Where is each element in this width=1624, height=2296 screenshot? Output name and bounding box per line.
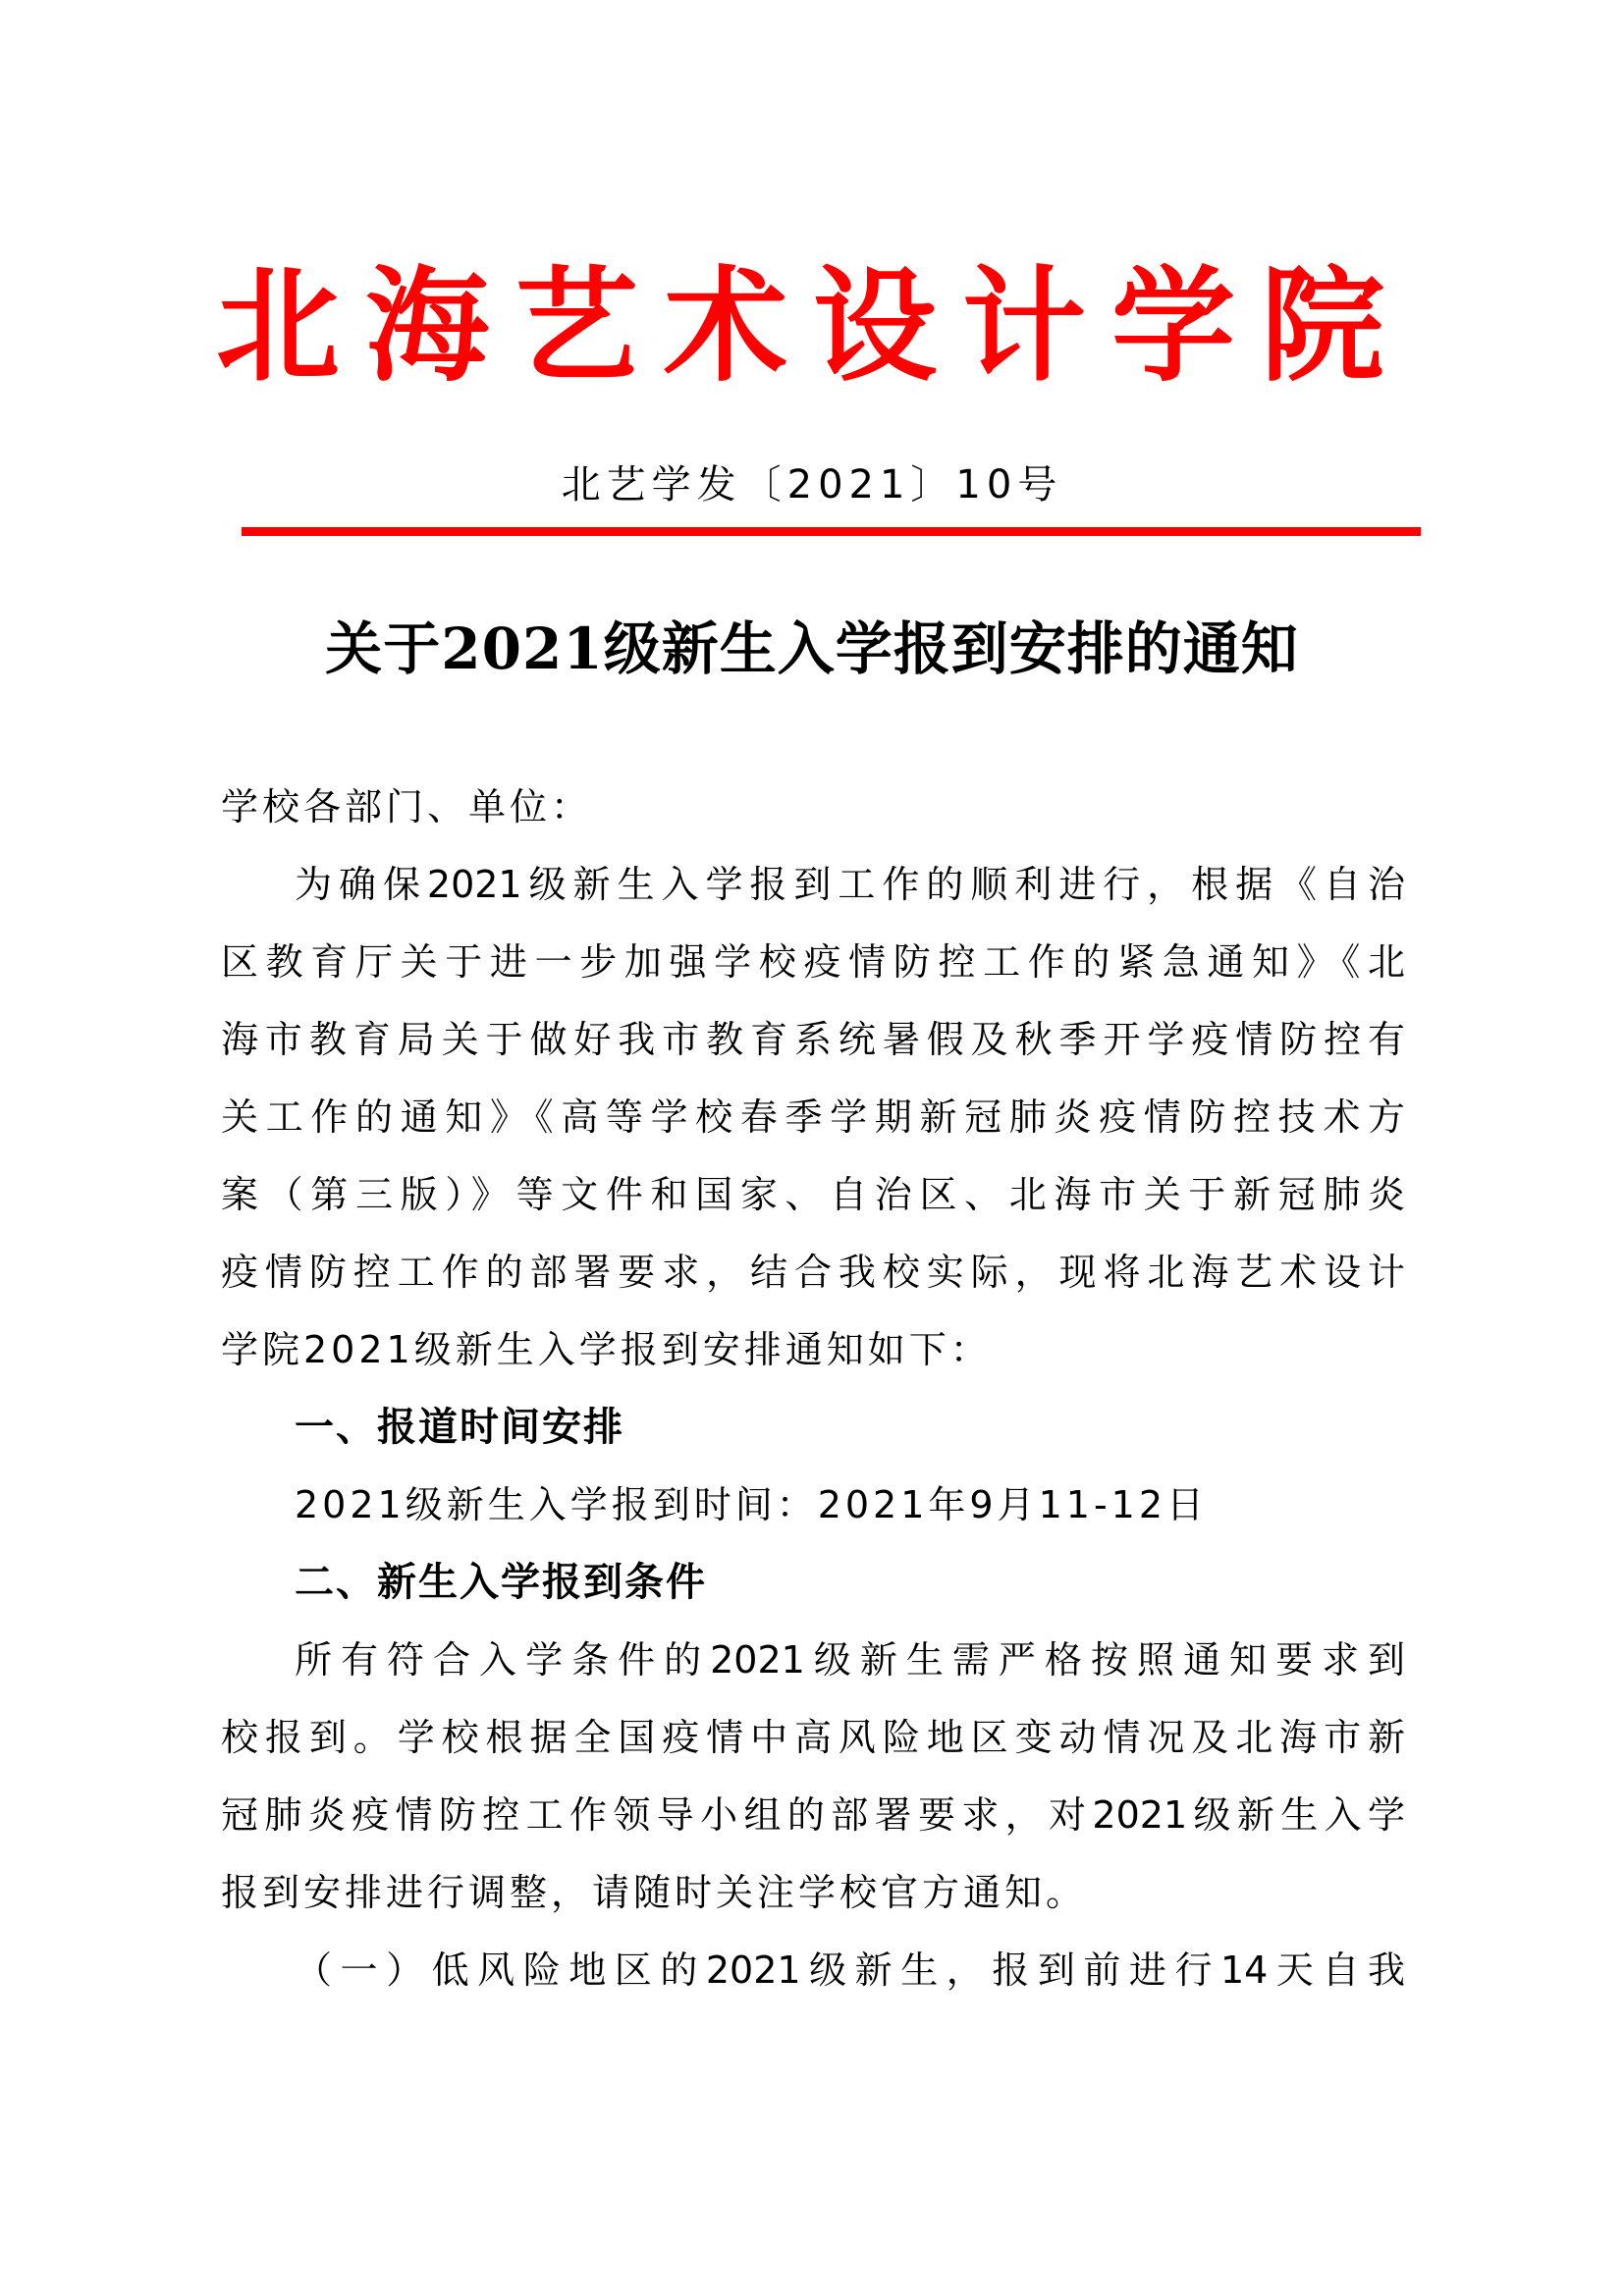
masthead-char: 学 <box>1111 257 1235 395</box>
masthead-char: 北 <box>216 257 340 395</box>
salutation: 学校各部门、单位： <box>221 777 592 836</box>
body-line: 为确保2021级新生入学报到工作的顺利进行，根据《自治 <box>295 855 1405 914</box>
body-line: 疫情防控工作的部署要求，结合我校实际，现将北海艺术设计 <box>221 1243 1405 1302</box>
masthead-char: 计 <box>962 257 1086 395</box>
body-line: 校报到。学校根据全国疫情中高风险地区变动情况及北海市新 <box>221 1708 1405 1767</box>
masthead-char: 术 <box>664 257 787 395</box>
masthead-college-name: 北 海 艺 术 设 计 学 院 <box>216 257 1384 395</box>
body-line: 所有符合入学条件的2021级新生需严格按照通知要求到 <box>295 1630 1405 1689</box>
body-line: 案（第三版）》等文件和国家、自治区、北海市关于新冠肺炎 <box>221 1165 1405 1224</box>
body-line: 冠肺炎疫情防控工作领导小组的部署要求，对2021级新生入学 <box>221 1786 1405 1844</box>
body-line: 学院2021级新生入学报到安排通知如下： <box>221 1320 992 1379</box>
body-line: 关工作的通知》《高等学校春季学期新冠肺炎疫情防控技术方 <box>221 1088 1405 1147</box>
masthead-char: 设 <box>813 257 937 395</box>
body-line: 海市教育局关于做好我市教育系统暑假及秋季开学疫情防控有 <box>221 1010 1405 1069</box>
section-1-text: 2021级新生入学报到时间：2021年9月11-12日 <box>295 1475 1208 1534</box>
body-line: 区教育厅关于进一步加强学校疫情防控工作的紧急通知》《北 <box>221 933 1405 991</box>
document-title: 关于2021级新生入学报到安排的通知 <box>0 607 1624 691</box>
red-divider-rule <box>242 527 1421 536</box>
document-page: 北 海 艺 术 设 计 学 院 北艺学发〔2021〕10号 关于2021级新生入… <box>0 0 1624 2296</box>
document-number: 北艺学发〔2021〕10号 <box>0 455 1624 514</box>
section-heading-2: 二、新生入学报到条件 <box>295 1553 707 1612</box>
body-line: （一）低风险地区的2021级新生，报到前进行14天自我 <box>295 1941 1405 2000</box>
body-line: 报到安排进行调整，请随时关注学校官方通知。 <box>221 1863 1087 1922</box>
section-heading-1: 一、报道时间安排 <box>295 1398 624 1457</box>
masthead-char: 艺 <box>514 257 638 395</box>
masthead-char: 院 <box>1261 257 1384 395</box>
masthead-char: 海 <box>365 257 489 395</box>
